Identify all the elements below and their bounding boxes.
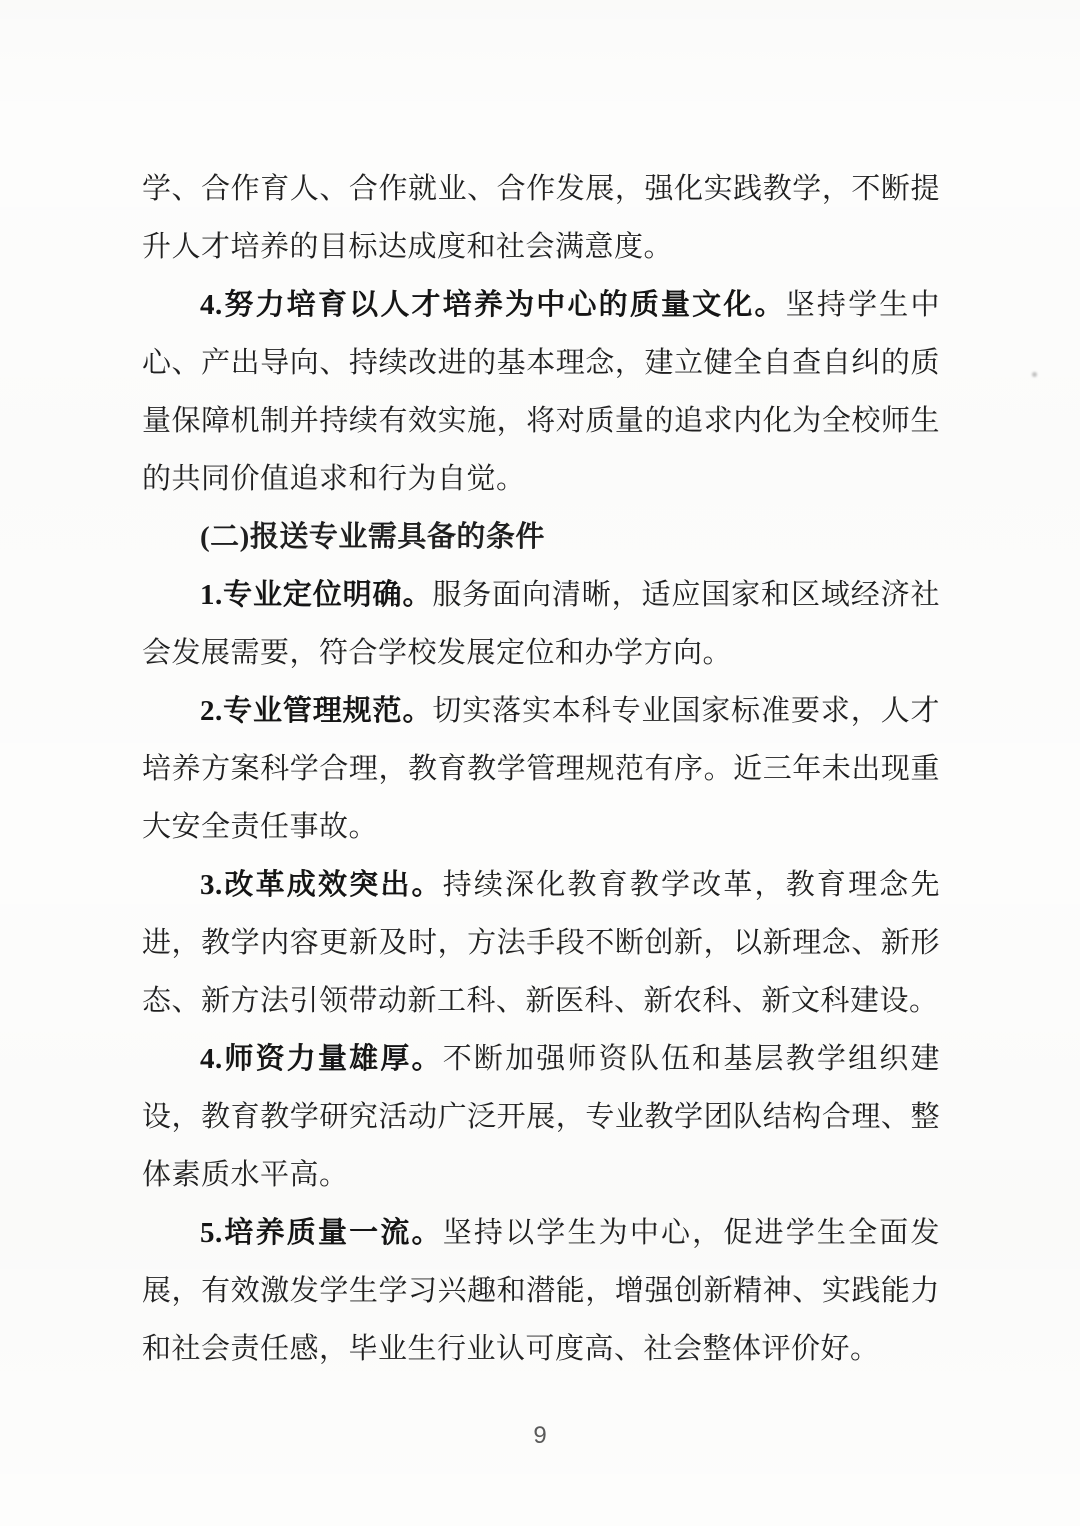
paragraph-lead: 5.培养质量一流。 — [200, 1217, 443, 1249]
paragraph-item-3: 3.改革成效突出。持续深化教育教学改革，教育理念先进，教学内容更新及时，方法手段… — [142, 856, 940, 1030]
paragraph-continuation: 学、合作育人、合作就业、合作发展，强化实践教学，不断提升人才培养的目标达成度和社… — [142, 160, 940, 276]
paragraph-item-1: 1.专业定位明确。服务面向清晰，适应国家和区域经济社会发展需要，符合学校发展定位… — [142, 566, 940, 682]
paragraph-item-4: 4.师资力量雄厚。不断加强师资队伍和基层教学组织建设，教育教学研究活动广泛开展，… — [142, 1030, 940, 1204]
document-text-block: 学、合作育人、合作就业、合作发展，强化实践教学，不断提升人才培养的目标达成度和社… — [142, 160, 940, 1378]
paragraph-lead: 4.努力培育以人才培养为中心的质量文化。 — [200, 289, 786, 321]
paragraph-lead: 4.师资力量雄厚。 — [200, 1043, 443, 1075]
document-page: { "document": { "paragraphs": [ { "lead"… — [0, 0, 1080, 1526]
paragraph-text: 学、合作育人、合作就业、合作发展，强化实践教学，不断提升人才培养的目标达成度和社… — [142, 173, 940, 263]
paragraph-item-5: 5.培养质量一流。坚持以学生为中心，促进学生全面发展，有效激发学生学习兴趣和潜能… — [142, 1204, 940, 1378]
section-heading-conditions: (二)报送专业需具备的条件 — [142, 508, 940, 566]
paragraph-lead: 2.专业管理规范。 — [200, 695, 432, 727]
scan-speck-artifact — [1032, 372, 1037, 377]
paragraph-item-2: 2.专业管理规范。切实落实本科专业国家标准要求，人才培养方案科学合理，教育教学管… — [142, 682, 940, 856]
paragraph-lead: 3.改革成效突出。 — [200, 869, 443, 901]
paragraph-lead: 1.专业定位明确。 — [200, 579, 432, 611]
page-number: 9 — [0, 1418, 1080, 1454]
paragraph-quality-culture: 4.努力培育以人才培养为中心的质量文化。坚持学生中心、产出导向、持续改进的基本理… — [142, 276, 940, 508]
section-heading-text: (二)报送专业需具备的条件 — [200, 521, 545, 553]
